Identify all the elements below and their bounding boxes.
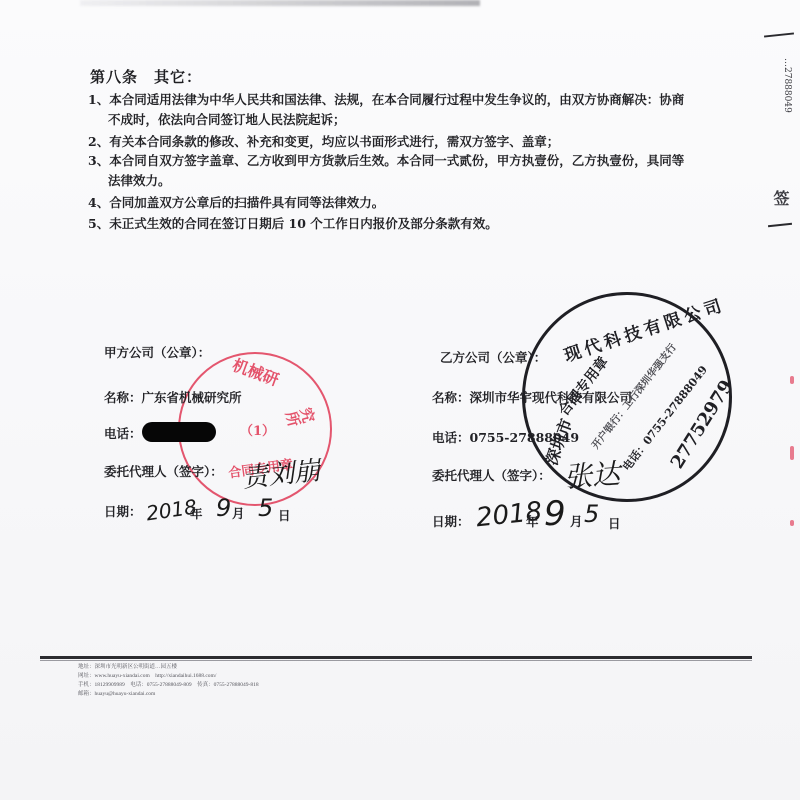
party-b-day-char: 日 — [608, 514, 621, 532]
edge-red-seal-fragment — [790, 376, 794, 384]
section-title: 第八条 其它： — [90, 66, 202, 87]
clause-5: 5、未正式生效的合同在签订日期后 10 个工作日内报价及部分条款有效。 — [88, 214, 498, 234]
party-b-date-day: 5 — [584, 500, 599, 528]
party-a-year-char: 年 — [190, 504, 203, 522]
party-b-month-char: 月 — [570, 512, 583, 530]
party-a-company-label: 甲方公司（公章）： — [104, 343, 210, 361]
letterhead-footer: 地址：深圳市光明新区公明街道…园五楼 网址：www.huayu-xiandai.… — [78, 663, 259, 699]
cropped-text-residue — [80, 0, 480, 6]
edge-red-seal-fragment-2 — [790, 446, 794, 460]
clause-2: 2、有关本合同条款的修改、补充和变更，均应以书面形式进行，需双方签字、盖章； — [88, 132, 559, 152]
footer-address: 地址：深圳市光明新区公明街道…园五楼 — [78, 663, 259, 672]
edge-red-seal-fragment-3 — [790, 520, 794, 526]
party-a-phone-redaction — [142, 422, 216, 442]
party-a-signature: 责刘崩 — [240, 450, 321, 495]
party-b-year-char: 年 — [526, 512, 539, 530]
footer-mobile: 手机：18129909989 电话：0755-27888049-809 传真：0… — [78, 681, 259, 690]
clause-4: 4、合同加盖双方公章后的扫描件具有同等法律效力。 — [88, 193, 384, 213]
clause-1: 1、本合同适用法律为中华人民共和国法律、法规，在本合同履行过程中发生争议的，由双… — [88, 90, 684, 130]
edge-mark-sign: 签 — [769, 190, 792, 206]
party-b-date-label: 日期： — [432, 512, 470, 530]
party-b-agent-label: 委托代理人（签字）： — [432, 466, 551, 484]
edge-mark-text: …27888049 — [782, 58, 792, 113]
party-a-date-month: 9 — [216, 494, 231, 522]
party-b-date-month: 9 — [544, 494, 566, 534]
clause-3: 3、本合同自双方签字盖章、乙方收到甲方货款后生效。本合同一式贰份，甲方执壹份，乙… — [88, 151, 684, 191]
footer-rule — [40, 656, 752, 659]
contract-page: 第八条 其它： 1、本合同适用法律为中华人民共和国法律、法规，在本合同履行过程中… — [0, 0, 800, 800]
party-a-name: 名称：广东省机械研究所 — [104, 388, 242, 406]
edge-mark-line-2 — [768, 223, 792, 227]
party-a-phone-label: 电话： — [104, 424, 142, 442]
party-a-month-char: 月 — [232, 504, 245, 522]
footer-rule-thin — [40, 660, 752, 661]
edge-mark-line — [764, 32, 794, 37]
party-a-agent-label: 委托代理人（签字）： — [104, 462, 223, 480]
party-a-date-label: 日期： — [104, 502, 142, 520]
footer-email: 邮箱：huayu@huayu-xiandai.com — [78, 690, 259, 699]
party-a-date-day: 5 — [258, 494, 273, 522]
footer-website: 网址：www.huayu-xiandai.com http://xiandaih… — [78, 672, 259, 681]
party-a-day-char: 日 — [278, 506, 291, 524]
party-a-seal-center: （1） — [240, 420, 275, 439]
